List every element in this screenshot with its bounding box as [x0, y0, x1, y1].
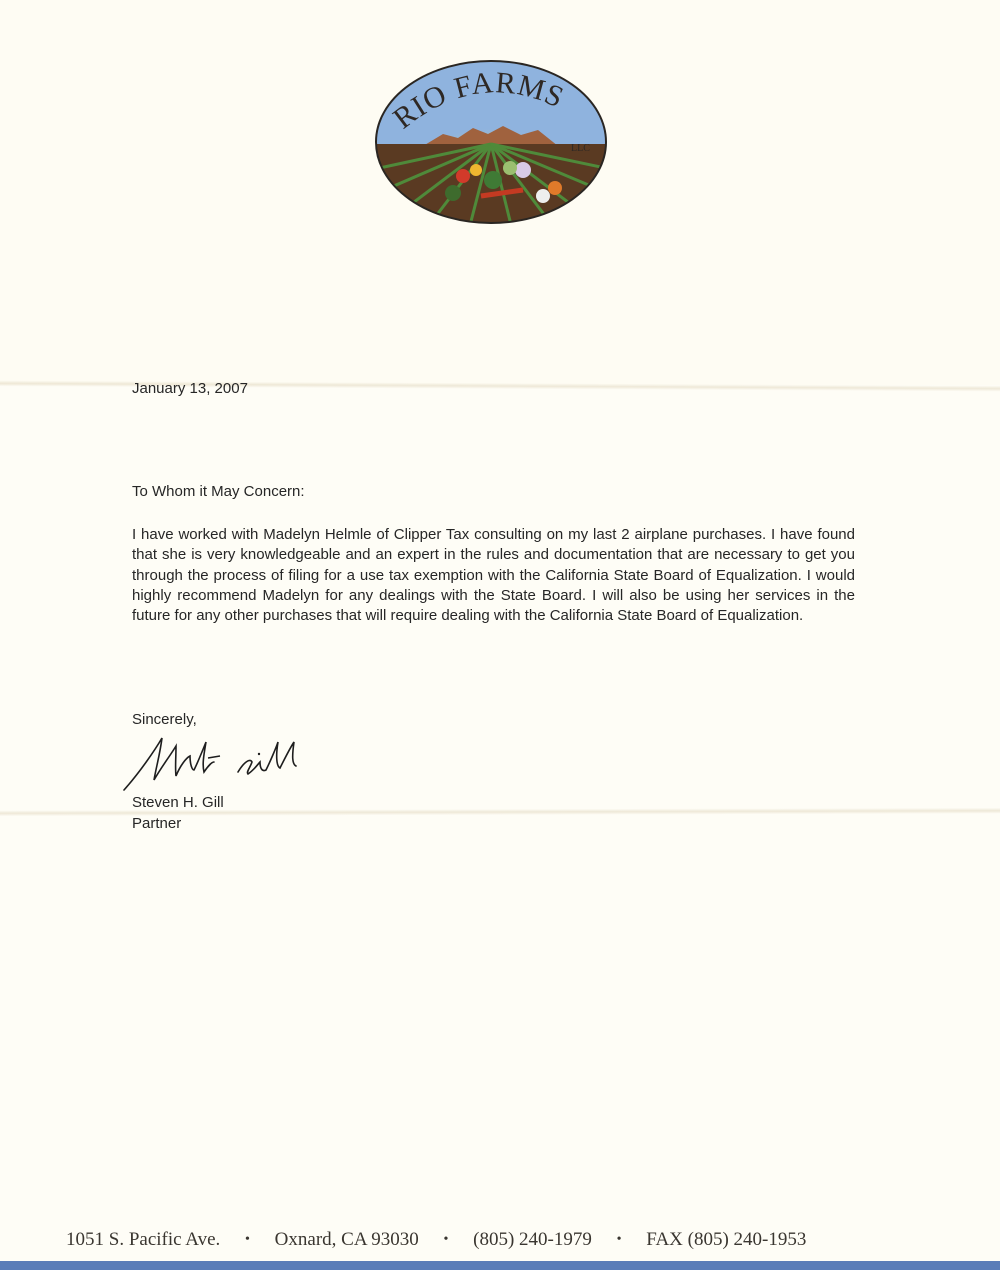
letter-date: January 13, 2007: [132, 379, 248, 399]
bullet-separator: •: [444, 1232, 449, 1248]
bullet-separator: •: [245, 1232, 250, 1248]
rio-farms-logo: RIO FARMS LLC: [373, 58, 609, 226]
footer-blue-bar: [0, 1261, 1000, 1270]
letter-salutation: To Whom it May Concern:: [132, 482, 305, 502]
letter-closing: Sincerely,: [132, 710, 197, 730]
bullet-separator: •: [617, 1232, 622, 1248]
signer-title: Partner: [132, 814, 181, 834]
letterhead-footer: 1051 S. Pacific Ave. • Oxnard, CA 93030 …: [66, 1229, 806, 1251]
letter-body: I have worked with Madelyn Helmle of Cli…: [132, 525, 855, 626]
footer-phone: (805) 240-1979: [473, 1229, 592, 1250]
footer-fax: FAX (805) 240-1953: [646, 1229, 806, 1250]
footer-city: Oxnard, CA 93030: [275, 1229, 419, 1250]
signer-name: Steven H. Gill: [132, 793, 224, 813]
handwritten-signature: [120, 732, 320, 792]
footer-address: 1051 S. Pacific Ave.: [66, 1229, 220, 1250]
logo-company-suffix: LLC: [571, 143, 590, 154]
